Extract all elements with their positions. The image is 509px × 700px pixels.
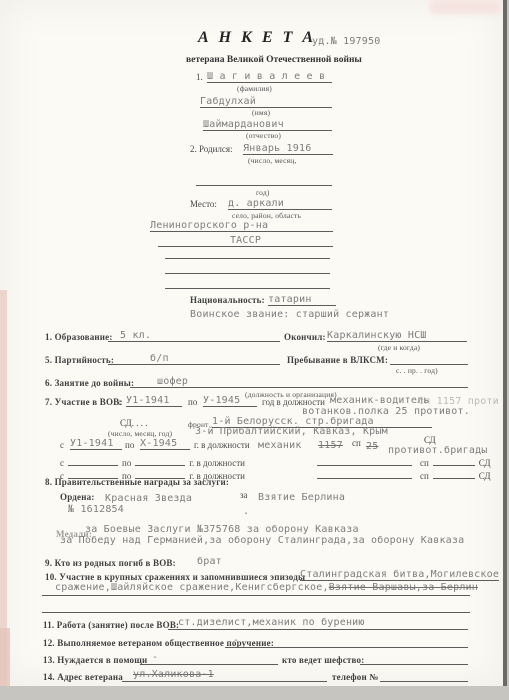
war-r4-sp: сп [352, 438, 361, 448]
battles-rule2 [42, 602, 470, 613]
battles-rule1 [42, 585, 470, 596]
party-blank [108, 354, 280, 365]
war-r1-po: по [188, 397, 197, 407]
place-label: Место: [190, 199, 217, 209]
mentor-blank [360, 654, 468, 665]
war-r5-blank4 [433, 455, 475, 466]
born-label: 2. Родился: [190, 144, 233, 154]
item1-number: 1. [196, 72, 203, 82]
orders-label: Ордена: [60, 492, 95, 502]
war-r2-printed: СД. . . . [120, 418, 147, 428]
form-subtitle: ветерана Великой Отечественной войны [186, 55, 362, 65]
war-r1-s: с [118, 397, 122, 407]
finished-label: Окончил: [284, 332, 326, 342]
war-r4-from: У1-1941 [70, 438, 122, 450]
patronymic-caption: (отчество) [246, 131, 281, 140]
finished-caption: (где и когда) [378, 343, 420, 352]
postwar-value: ст.дизелист,механик по бурению [178, 617, 365, 628]
right-scan-edge [503, 0, 507, 686]
order-value: Красная Звезда [105, 493, 192, 504]
finished-value: Каркалинскую НСШ [327, 330, 467, 342]
nationality-label: Национальность: [190, 295, 265, 305]
address-label: 14. Адрес ветерана [43, 672, 123, 682]
war-r4-struck-1157: 1157 [318, 440, 343, 451]
phone-blank [380, 671, 468, 682]
place-value: д. аркали [228, 198, 332, 210]
family-value: брат [197, 556, 222, 567]
surname-caption: (фамилия) [237, 84, 272, 93]
war-r4-to: Х-1945 [140, 438, 190, 450]
war-r3-value: 3-й Прибалтийский, Кавказ, Крым [195, 426, 388, 437]
war-r5-blank3 [317, 455, 412, 466]
war-r6-blank3 [317, 468, 412, 479]
duty-value: - [233, 635, 239, 646]
help-label: 13. Нуждается в помощи [43, 655, 147, 665]
war-r1-to: У-1945 [203, 395, 257, 407]
war-r1-position: механик-водитель [330, 395, 430, 406]
war-r3-caption: (число, месяц, год) [108, 429, 172, 438]
komsomol-caption: с. . пр. . год) [396, 366, 438, 375]
order-for: Взятие Берлина [258, 492, 345, 503]
left-pink-edge [0, 290, 7, 686]
military-rank-line: Воинское звание: старший сержант [190, 309, 389, 320]
war-r5-blank2 [135, 455, 185, 466]
born-value: Январь 1916 [243, 143, 333, 155]
war-r4-struck-25: 25 [366, 441, 378, 452]
komsomol-label: Пребывание в ВЛКСМ: [287, 355, 388, 365]
address-value: ул.Халикова-1 [133, 669, 214, 680]
bottom-scan-edge [0, 686, 509, 700]
war-r4-pos-label: г. в должности [194, 440, 250, 450]
awards-label: 8. Правительственные награды за заслуги: [45, 477, 229, 487]
postwar-label: 11. Работа (занятие) после ВОВ: [43, 620, 179, 630]
help-value: - [152, 652, 158, 663]
blank-line [165, 248, 330, 259]
born-caption2: год) [256, 188, 270, 197]
medal-line1: за Боевые Заслуги №375768 за оборону Кав… [85, 524, 359, 535]
help-blank [140, 654, 278, 665]
doc-number: уд.№ 197950 [312, 36, 380, 47]
pink-scan-smudge [430, 0, 500, 14]
left-pink-edge-bottom [0, 628, 10, 686]
name-value: Габдулхай [200, 96, 332, 108]
mentor-label: кто ведет шефство: [282, 655, 364, 665]
education-value: 5 кл. [120, 330, 151, 341]
battles-value1: Сталинградская битва,Могилевское [300, 569, 499, 581]
blank-line [165, 278, 330, 289]
party-value: б/п [150, 353, 169, 364]
medal-line2: за Победу над Германией,за оборону Стали… [60, 535, 464, 546]
place-line3: ТАССР [158, 235, 333, 247]
war-r4-po: по [125, 440, 134, 450]
order-dot: . [243, 506, 249, 517]
war-label: 7. Участие в ВОВ: [45, 397, 123, 407]
war-r6-sp: сп [420, 471, 429, 481]
blank-line [165, 263, 330, 274]
war-r1-from: У1-1941 [126, 395, 182, 407]
prewar-label: 6. Занятие до войны: [45, 378, 134, 388]
war-r5-blank1 [68, 455, 118, 466]
komsomol-blank [390, 354, 468, 365]
form-title: А Н К Е Т А [198, 29, 316, 47]
education-label: 1. Образование: [45, 332, 113, 342]
order-number: № 1612854 [68, 504, 124, 515]
nationality-value: татарин [268, 294, 336, 306]
war-r6-blank4 [433, 468, 475, 479]
phone-label: телефон № [332, 672, 379, 682]
duty-blank [225, 637, 468, 648]
war-r4-sd: СД [424, 435, 436, 445]
place-caption: село, район, область [232, 211, 301, 220]
war-r4-s: с [60, 440, 64, 450]
place-line2: Лениногорского р-на [150, 220, 333, 232]
scanned-questionnaire-page: А Н К Е Т А уд.№ 197950 ветерана Великой… [0, 0, 509, 700]
prewar-value: шофер [157, 376, 188, 387]
party-label: 5. Партийность: [45, 355, 114, 365]
battles-label: 10. Участие в крупных сражениях и запомн… [45, 572, 305, 582]
surname-value: Ш а г и в а л е е в [207, 71, 332, 83]
patronymic-value: Шаймарданович [203, 119, 332, 131]
war-r4-position: механик [258, 440, 302, 451]
born-caption1: (число, месяц, [248, 156, 297, 165]
war-r6-sd: СД [479, 471, 491, 481]
name-caption: (имя) [252, 108, 270, 117]
family-label: 9. Кто из родных погиб в ВОВ: [45, 558, 176, 568]
order-za: за [240, 490, 248, 500]
blank-line-year [196, 175, 332, 186]
